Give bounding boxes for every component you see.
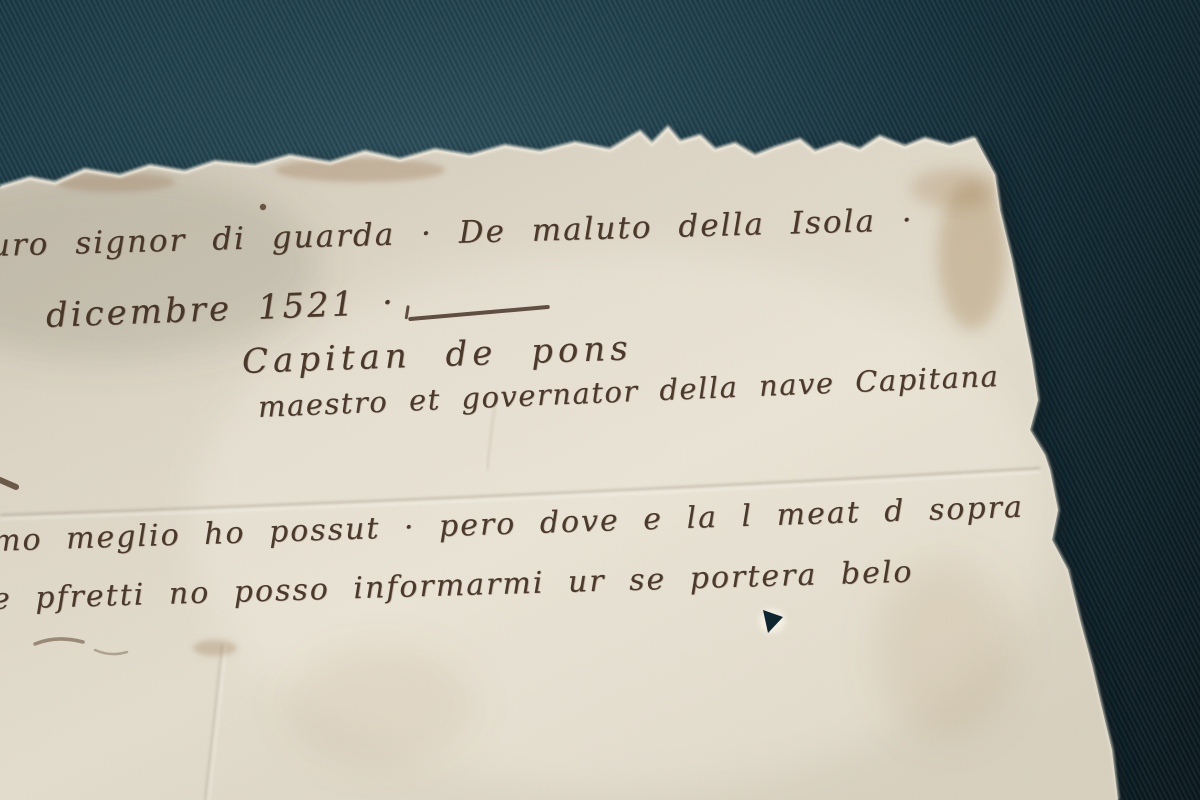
stain-right-top [910,168,1000,208]
photo-of-manuscript-on-fabric: { "scene": { "subject": "Photograph of a… [0,0,1200,800]
smudge-bottom-left-tan [193,640,237,656]
ink-fleck [260,204,266,210]
stain-bottom-center [285,645,475,765]
stain-top-edge [275,158,445,182]
